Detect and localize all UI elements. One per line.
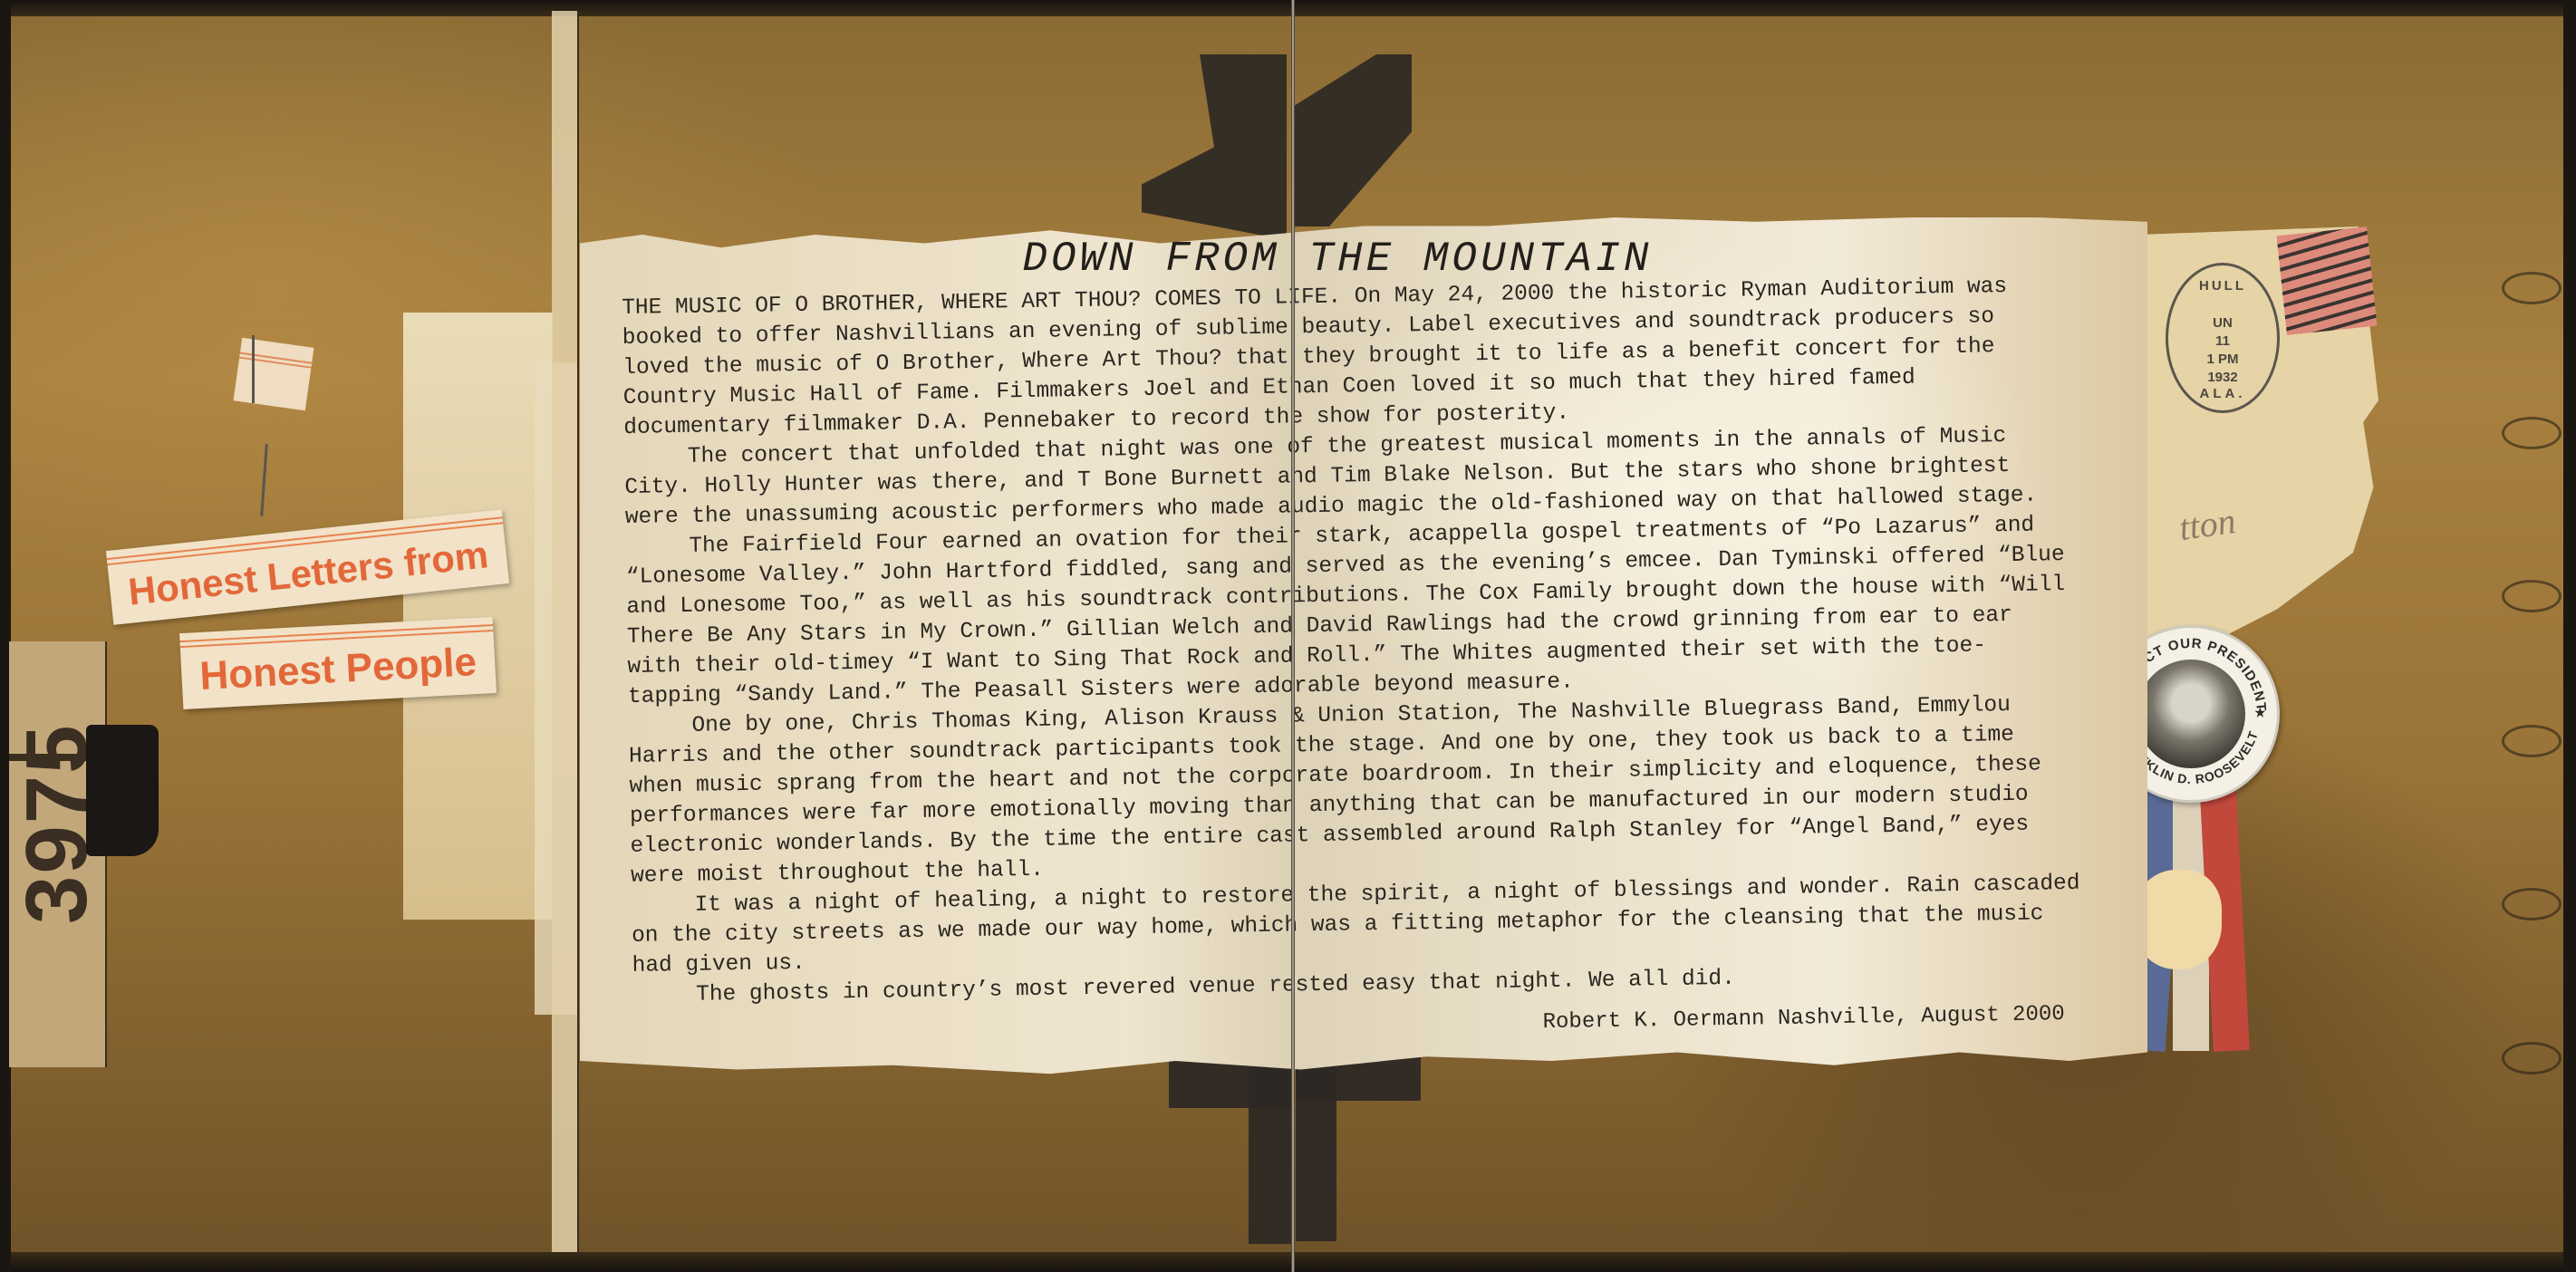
pin-icon <box>252 335 255 403</box>
twine-loop <box>2502 888 2562 920</box>
article-paragraph: The Fairfield Four earned an ovation for… <box>625 510 2078 712</box>
portrait-image <box>2137 660 2245 768</box>
star-icon: ★ <box>2254 700 2266 724</box>
binder-clip-icon <box>86 725 159 856</box>
postage-stamp-icon <box>2277 226 2378 335</box>
postmark-date: UN 11 1 PM 1932 <box>2168 314 2277 387</box>
torn-label-scrap <box>234 338 314 410</box>
right-edge <box>2563 0 2576 1272</box>
pin-icon <box>260 444 268 516</box>
tape-piece <box>1249 1058 1292 1244</box>
paper-panel <box>403 313 553 920</box>
article-paragraph: THE MUSIC OF O BROTHER, WHERE ART THOU? … <box>622 271 2073 443</box>
article-title: DOWN FROM THE MOUNTAIN <box>884 236 1790 283</box>
handwriting: tton <box>2176 499 2238 549</box>
postmark-town: HULL <box>2168 278 2277 294</box>
twine-loop <box>2502 1042 2562 1074</box>
twine-loop <box>2502 417 2562 449</box>
postmark: HULL UN 11 1 PM 1932 ALA. <box>2166 263 2280 413</box>
article-paragraph: One by one, Chris Thomas King, Alison Kr… <box>628 689 2080 891</box>
twine-loop <box>2502 725 2562 757</box>
article-body: THE MUSIC OF O BROTHER, WHERE ART THOU? … <box>622 271 2083 1052</box>
bottom-edge <box>0 1252 2576 1272</box>
top-edge <box>0 0 2576 16</box>
twine-loop <box>2502 272 2562 304</box>
twine-loop <box>2502 580 2562 612</box>
tape-piece <box>1142 54 1287 240</box>
paper-strip <box>552 11 577 1252</box>
article: DOWN FROM THE MOUNTAIN THE MUSIC OF O BR… <box>622 236 2071 1052</box>
postmark-state: ALA. <box>2168 386 2277 401</box>
label-text: Honest People <box>198 640 478 699</box>
tape-piece <box>1294 54 1412 226</box>
left-edge <box>0 0 11 1272</box>
booklet-spine <box>1291 0 1295 1272</box>
tape-piece <box>1296 1051 1336 1241</box>
booklet-spread: 3975 Honest Letters from Honest People H… <box>0 0 2576 1272</box>
strip-edge-line <box>577 11 579 1252</box>
